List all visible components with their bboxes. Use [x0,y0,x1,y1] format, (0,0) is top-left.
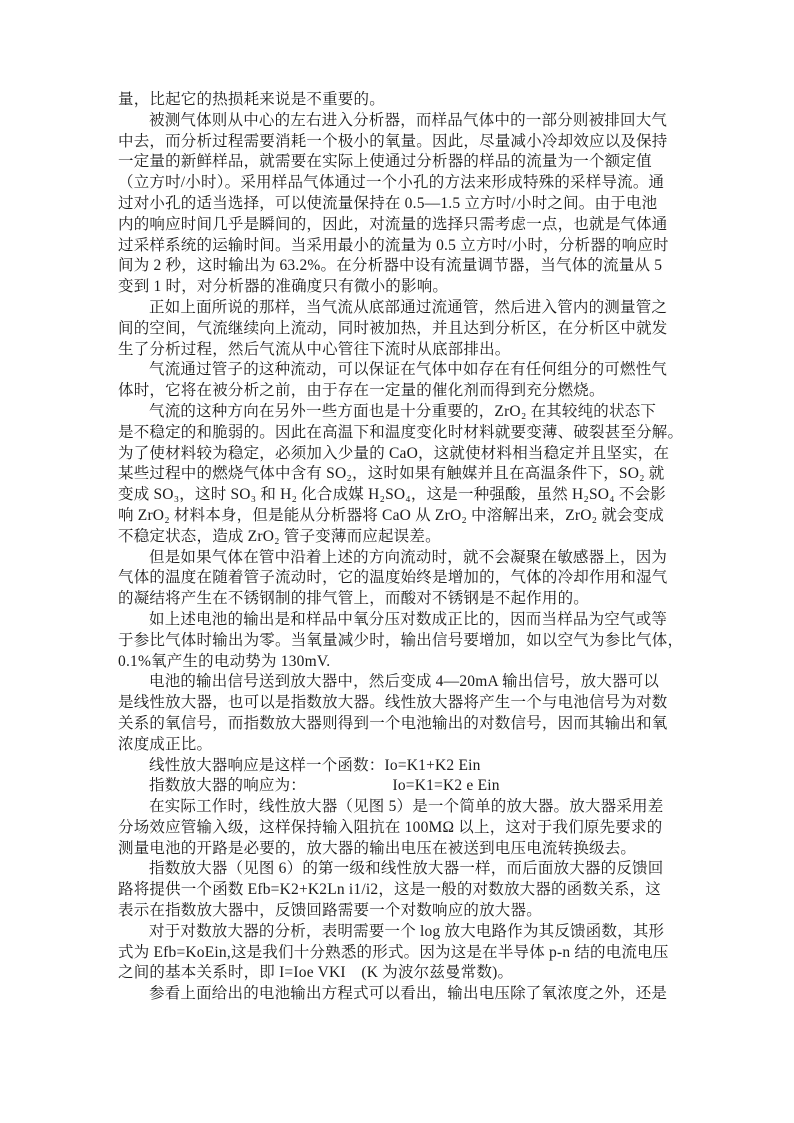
text-line: 变到 1 时，对分析器的准确度只有微小的影响。 [118,277,678,298]
text-line: 气流的这种方向在另外一些方面也是十分重要的，ZrO₂ 在其较纯的状态下 [118,402,678,423]
text-line: 被测气体则从中心的左右进入分析器，而样品气体中的一部分则被排回大气 [118,111,678,132]
text-line: 是线性放大器，也可以是指数放大器。线性放大器将产生一个与电池信号为对数 [118,693,678,714]
text-line: 之间的基本关系时，即 I=Ioe VKI (K 为波尔兹曼常数)。 [118,963,678,984]
document-page: 量，比起它的热损耗来说是不重要的。被测气体则从中心的左右进入分析器，而样品气体中… [0,0,794,1123]
text-line: 表示在指数放大器中，反馈回路需要一个对数响应的放大器。 [118,901,678,922]
text-line: 不稳定状态，造成 ZrO₂ 管子变薄而应起误差。 [118,527,678,548]
text-line: 过对小孔的适当选择，可以使流量保持在 0.5—1.5 立方吋/小时之间。由于电池 [118,194,678,215]
text-line: 但是如果气体在管中沿着上述的方向流动时，就不会凝聚在敏感器上，因为 [118,548,678,569]
page-text: 量，比起它的热损耗来说是不重要的。被测气体则从中心的左右进入分析器，而样品气体中… [118,90,678,1005]
text-line: 一定量的新鲜样品，就需要在实际上使通过分析器的样品的流量为一个额定值 [118,152,678,173]
text-line: 分场效应管输入级，这样保持输入阻抗在 100MΩ 以上，这对于我们原先要求的 [118,818,678,839]
text-line: 中去，而分析过程需要消耗一个极小的氧量。因此，尽量减小冷却效应以及保持 [118,132,678,153]
text-line: 过采样系统的运输时间。当采用最小的流量为 0.5 立方吋/小时，分析器的响应时 [118,236,678,257]
text-line: 测量电池的开路是必要的，放大器的输出电压在被送到电压电流转换级去。 [118,839,678,860]
text-line: 气体的温度在随着管子流动时，它的温度始终是增加的，气体的冷却作用和湿气 [118,568,678,589]
text-line: 的凝结将产生在不锈钢制的排气管上，而酸对不锈钢是不起作用的。 [118,589,678,610]
text-line: 指数放大器（见图 6）的第一级和线性放大器一样，而后面放大器的反馈回 [118,859,678,880]
text-line: 量，比起它的热损耗来说是不重要的。 [118,90,678,111]
text-line: 气流通过管子的这种流动，可以保证在气体中如存在有任何组分的可燃性气 [118,360,678,381]
text-line: 响 ZrO₂ 材料本身，但是能从分析器将 CaO 从 ZrO₂ 中溶解出来，Zr… [118,506,678,527]
text-line: 间为 2 秒，这时输出为 63.2%。在分析器中设有流量调节器，当气体的流量从 … [118,256,678,277]
text-line: 如上述电池的输出是和样品中氧分压对数成正比的，因而当样品为空气或等 [118,610,678,631]
text-line: 为了使材料较为稳定，必须加入少量的 CaO，这就使材料相当稳定并且坚实，在 [118,444,678,465]
text-line: （立方吋/小时）。采用样品气体通过一个小孔的方法来形成特殊的采样导流。通 [118,173,678,194]
text-line: 电池的输出信号送到放大器中，然后变成 4—20mA 输出信号，放大器可以 [118,672,678,693]
text-line: 路将提供一个函数 Efb=K2+K2Ln i1/i2，这是一般的对数放大器的函数… [118,880,678,901]
text-line: 正如上面所说的那样，当气流从底部通过流通管，然后进入管内的测量管之 [118,298,678,319]
text-line: 参看上面给出的电池输出方程式可以看出，输出电压除了氧浓度之外，还是 [118,984,678,1005]
text-line: 0.1%氧产生的电动势为 130mV. [118,652,678,673]
text-line: 间的空间，气流继续向上流动，同时被加热，并且达到分析区，在分析区中就发 [118,319,678,340]
text-line: 是不稳定的和脆弱的。因此在高温下和温度变化时材料就要变薄、破裂甚至分解。 [118,423,678,444]
text-line: 生了分析过程，然后气流从中心管往下流时从底部排出。 [118,340,678,361]
text-line: 变成 SO₃，这时 SO₃ 和 H₂ 化合成媒 H₂SO₄，这是一种强酸，虽然 … [118,485,678,506]
text-line: 指数放大器的响应为： Io=K1=K2 e Ein [118,776,678,797]
text-line: 于参比气体时输出为零。当氧量减少时，输出信号要增加，如以空气为参比气体， [118,631,678,652]
text-line: 关系的氧信号，而指数放大器则得到一个电池输出的对数信号，因而其输出和氧 [118,714,678,735]
text-line: 浓度成正比。 [118,735,678,756]
text-line: 在实际工作时，线性放大器（见图 5）是一个简单的放大器。放大器采用差 [118,797,678,818]
text-line: 某些过程中的燃烧气体中含有 SO₂，这时如果有触媒并且在高温条件下，SO₂ 就 [118,464,678,485]
text-line: 体时，它将在被分析之前，由于存在一定量的催化剂而得到充分燃烧。 [118,381,678,402]
text-line: 线性放大器响应是这样一个函数：Io=K1+K2 Ein [118,756,678,777]
text-line: 式为 Efb=KoEin,这是我们十分熟悉的形式。因为这是在半导体 p-n 结的… [118,943,678,964]
text-line: 对于对数放大器的分析，表明需要一个 log 放大电路作为其反馈函数，其形 [118,922,678,943]
text-line: 内的响应时间几乎是瞬间的，因此，对流量的选择只需考虑一点，也就是气体通 [118,215,678,236]
